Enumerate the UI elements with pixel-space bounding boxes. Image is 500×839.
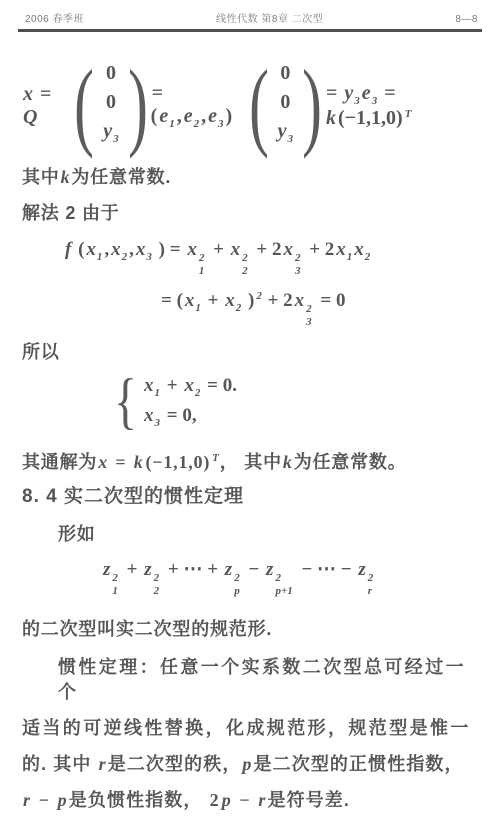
column-vector-1: ( 0 0 y3 ) xyxy=(73,63,148,149)
right-paren-icon: ) xyxy=(128,57,148,156)
document-page: 2006 春季班 线性代数 第8章 二次型 8—8 x = Q ( 0 0 y3… xyxy=(0,0,500,839)
page-content: x = Q ( 0 0 y3 ) = (e1,e2,e3) ( 0 0 y3 ) xyxy=(0,54,500,813)
vector-entry: 0 xyxy=(105,63,117,83)
system-equation-2: x3 = 0, xyxy=(143,405,238,429)
left-paren-icon: ( xyxy=(249,57,269,156)
equation-f-line2: = (x1 + x2 )2 + 2x23 = 0 xyxy=(22,281,480,328)
right-paren-icon: ) xyxy=(302,57,322,156)
text-therefore: 所以 xyxy=(22,340,480,365)
equation-f-line1: f (x1,x2,x3 ) = x21 + x22 + 2x23 + 2x1x2 xyxy=(22,235,480,277)
paragraph-inertia-line2: 适当的可逆线性替换，化成规范形，规范型是惟一 xyxy=(22,716,480,741)
section-heading: 8. 4 实二次型的惯性定理 xyxy=(22,484,480,510)
equation-system: { x1 + x2 = 0. x3 = 0, xyxy=(22,369,480,435)
page-header: 2006 春季班 线性代数 第8章 二次型 8—8 xyxy=(0,0,500,25)
equation-x-solution: x = Q ( 0 0 y3 ) = (e1,e2,e3) ( 0 0 y3 ) xyxy=(22,54,480,158)
text-k-constant: 其中k为任意常数. xyxy=(22,165,480,190)
text-of-form: 形如 xyxy=(22,522,480,547)
text-general-solution: 其通解为x = k(−1,1,0)T， 其中k为任意常数。 xyxy=(22,446,480,475)
column-vector-2: ( 0 0 y3 ) xyxy=(248,63,323,149)
equation-canonical-form: z21 + z22 + ⋯ + z2p − z2p+1 − ⋯ − z2r xyxy=(22,555,480,597)
vector-entry: 0 xyxy=(279,63,291,83)
header-chapter-title: 线性代数 第8章 二次型 xyxy=(216,10,323,25)
header-class-label: 2006 春季班 xyxy=(25,10,84,25)
system-equation-1: x1 + x2 = 0. xyxy=(143,375,238,399)
header-divider xyxy=(18,29,482,32)
paragraph-inertia-line4: r − p是负惯性指数， 2p − r是符号差. xyxy=(22,788,480,813)
vector-entry: y3 xyxy=(277,121,294,149)
paragraph-inertia-line3: 的. 其中 r是二次型的秩，p是二次型的正惯性指数， xyxy=(22,752,480,777)
equation-mid: = (e1,e2,e3) xyxy=(151,82,246,130)
vector-entry: 0 xyxy=(279,92,291,112)
left-paren-icon: ( xyxy=(74,57,94,156)
equation-tail: = y3e3 = k(−1,1,0)T xyxy=(325,82,480,130)
vector-entry: 0 xyxy=(105,92,117,112)
vector-entry: y3 xyxy=(102,121,119,149)
left-brace-icon: { xyxy=(114,371,137,433)
header-page-number: 8—8 xyxy=(455,14,478,25)
text-canonical-name: 的二次型叫实二次型的规范形. xyxy=(22,617,480,642)
equation-lead: x = Q xyxy=(22,83,71,129)
paragraph-inertia-line1: 惯性定理：任意一个实系数二次型总可经过一个 xyxy=(22,655,480,705)
text-method-2: 解法 2 由于 xyxy=(22,201,480,226)
